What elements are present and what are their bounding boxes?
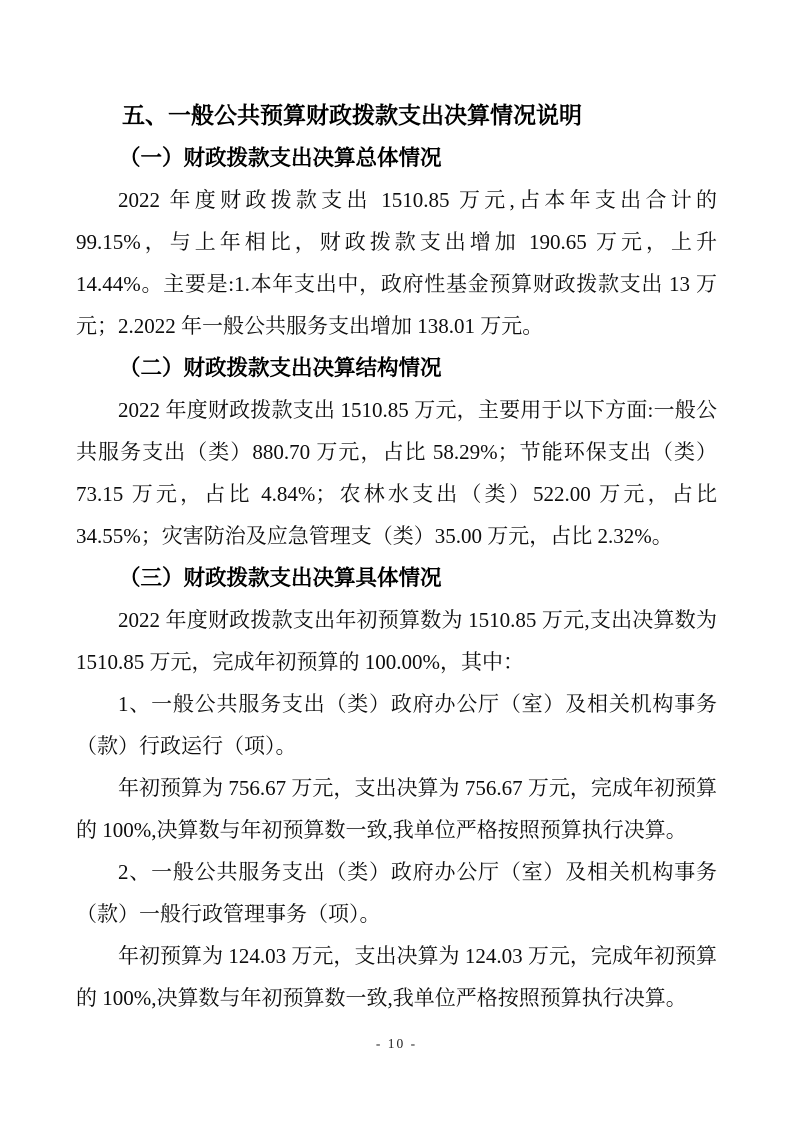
page-number: - 10 - <box>0 1036 793 1052</box>
paragraph-item-2-title: 2、一般公共服务支出（类）政府办公厅（室）及相关机构事务（款）一般行政管理事务（… <box>76 851 717 935</box>
subsection-heading-3: （三）财政拨款支出决算具体情况 <box>76 557 717 599</box>
paragraph-structure-situation: 2022 年度财政拨款支出 1510.85 万元，主要用于以下方面:一般公共服务… <box>76 389 717 557</box>
paragraph-item-2-detail: 年初预算为 124.03 万元，支出决算为 124.03 万元，完成年初预算的 … <box>76 935 717 1019</box>
paragraph-specific-intro: 2022 年度财政拨款支出年初预算数为 1510.85 万元,支出决算数为 15… <box>76 599 717 683</box>
paragraph-item-1-title: 1、一般公共服务支出（类）政府办公厅（室）及相关机构事务（款）行政运行（项）。 <box>76 683 717 767</box>
document-content: 五、一般公共预算财政拨款支出决算情况说明 （一）财政拨款支出决算总体情况 202… <box>76 94 717 1019</box>
section-heading-main: 五、一般公共预算财政拨款支出决算情况说明 <box>76 94 717 137</box>
subsection-heading-2: （二）财政拨款支出决算结构情况 <box>76 347 717 389</box>
paragraph-overall-situation: 2022 年度财政拨款支出 1510.85 万元,占本年支出合计的 99.15%… <box>76 179 717 347</box>
document-page: 五、一般公共预算财政拨款支出决算情况说明 （一）财政拨款支出决算总体情况 202… <box>0 0 793 1122</box>
paragraph-item-1-detail: 年初预算为 756.67 万元，支出决算为 756.67 万元，完成年初预算的 … <box>76 767 717 851</box>
subsection-heading-1: （一）财政拨款支出决算总体情况 <box>76 137 717 179</box>
